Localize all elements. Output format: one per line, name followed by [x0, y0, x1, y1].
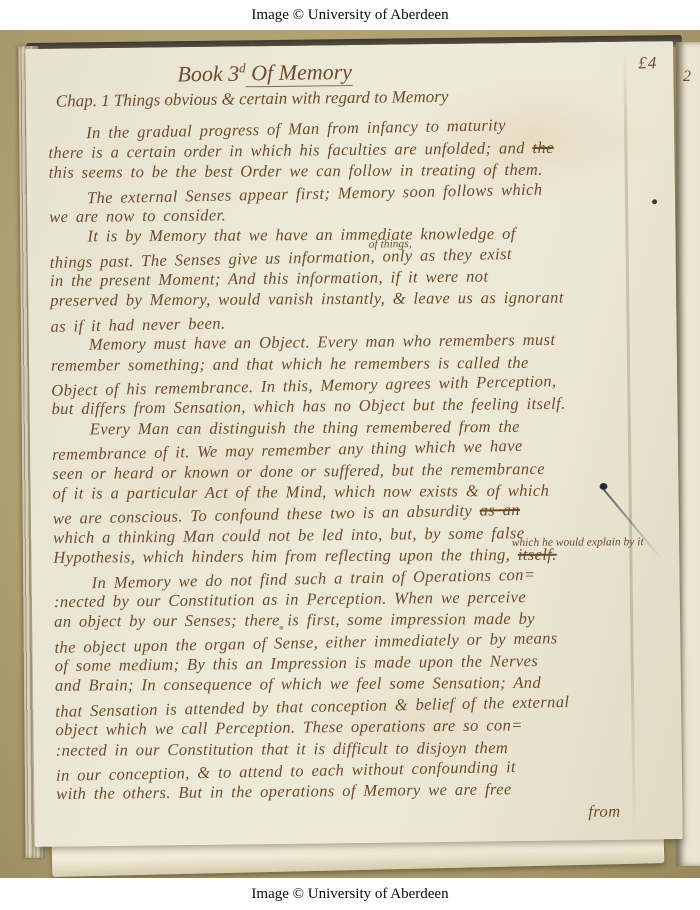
line-text: seen or heard or known or done or suffer…	[52, 459, 545, 483]
line-text: an object by our Senses; there is first,…	[54, 609, 535, 631]
folio-number: £4	[638, 53, 657, 73]
line-text: which a thinking Man could not be led in…	[53, 523, 525, 547]
next-page-number: 2	[683, 68, 700, 86]
catchword: from	[34, 800, 620, 825]
manuscript-title: Book 3d Of Memory	[177, 55, 673, 87]
top-copyright-banner: Image © University of Aberdeen	[0, 0, 700, 30]
line-text: we are now to consider.	[49, 205, 226, 226]
ink-speck	[279, 626, 283, 630]
struck-out-text: as an	[479, 500, 520, 520]
copyright-text: Image © University of Aberdeen	[251, 7, 448, 24]
line-text: with the others. But in the operations o…	[56, 780, 512, 804]
manuscript-photograph: 2 £4 Book 3d Of Memory Chap. 1 Things ob…	[0, 30, 700, 878]
title-of-memory: Of Memory	[246, 59, 353, 87]
line-text: Every Man can distinguish the thing reme…	[90, 417, 520, 439]
line-text: object which we call Perception. These o…	[55, 715, 523, 739]
line-text: Memory must have an Object. Every man wh…	[89, 330, 556, 354]
line-text: there is a certain order in which his fa…	[48, 138, 532, 162]
chapter-heading: Chap. 1 Things obvious & certain with re…	[56, 84, 674, 112]
line-text: this seems to be the best Order we can f…	[49, 160, 543, 182]
line-text: It is by Memory that we have an immediat…	[87, 224, 515, 246]
struck-out-text: the	[532, 138, 554, 157]
line-text: but differs from Sensation, which has no…	[51, 394, 565, 418]
manuscript-page: £4 Book 3d Of Memory Chap. 1 Things obvi…	[25, 41, 683, 847]
copyright-text: Image © University of Aberdeen	[251, 886, 448, 903]
manuscript-lines: In the gradual progress of Man from infa…	[26, 113, 682, 805]
interlinear-insertion: which he would explain by it	[512, 532, 644, 554]
title-book-part: Book 3	[177, 61, 239, 87]
ink-fleck	[652, 199, 657, 204]
interlinear-insertion: of things,	[369, 234, 412, 256]
bottom-copyright-banner: Image © University of Aberdeen	[0, 878, 700, 910]
line-text: :nected in our Constitution that it is d…	[56, 738, 509, 760]
screenshot-frame: Image © University of Aberdeen 2 £4 Book…	[0, 0, 700, 910]
line-text: Hypothesis, which hinders him from refle…	[53, 545, 518, 567]
